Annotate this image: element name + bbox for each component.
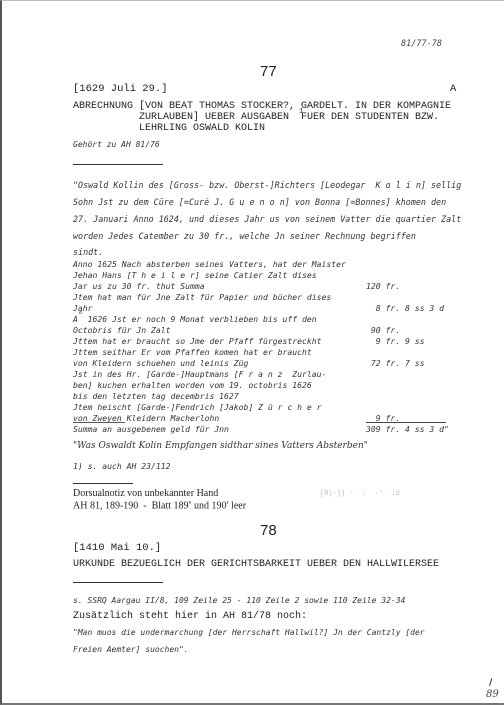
account-line: Jehan Hans [T h e i l e r] seine Catier … [73, 270, 317, 281]
entry-number-78: 78 [260, 522, 277, 539]
footnote-rule [73, 483, 133, 484]
amount: 120 fr. [366, 281, 400, 291]
account-line: Jttem seithar Er vom Pfaffen komen hat e… [73, 347, 312, 358]
belongs-to-note: Gehört zu AH 81/76 [73, 140, 160, 149]
entry-77-title-line-2: ZURLAUBEN] UEBER AUSGABEN FUER DEN STUDE… [73, 112, 439, 124]
account-line: bis den letzten tag decembris 1627 [73, 391, 239, 402]
account-line: Jttem hat er braucht so Jme der Pfaff fü… [73, 336, 322, 347]
received-heading: "Was Oswaldt Kolin Empfangen sidthar sin… [73, 441, 368, 451]
entry-77-date: [1629 Juli 29.] [73, 83, 168, 95]
document-page: 81/77-78 77 [1629 Juli 29.] A ABRECHNUNG… [0, 0, 504, 705]
account-line: Jtem hat man für Jne Zalt für Papier und… [73, 292, 331, 303]
account-line: ben] kuchen erhalten worden vom 19. octo… [73, 380, 312, 391]
account-line: Jtem heischt [Garde-]Fendrich [Jakob] Z … [73, 402, 322, 413]
entry-77-marker: A [450, 83, 456, 95]
entry-78-date: [1410 Mai 10.] [73, 542, 161, 554]
amount: 72 fr. 7 ss [366, 358, 424, 368]
account-line: Anno 1625 Nach absterben seines Vatters,… [73, 259, 346, 270]
entry-78-title: URKUNDE BEZUEGLICH DER GERICHTSBARKEIT U… [73, 559, 439, 571]
separator-rule [73, 164, 163, 165]
quote-line: Sohn Jst zu dem Cüre [=Curé J. G u e n o… [73, 194, 446, 211]
account-line: Jst in des Hr. [Garde-]Hauptmans [F r a … [73, 369, 326, 380]
account-line: von Kleidern schuehen und leinis Züg [73, 358, 248, 369]
entry-77-title-line-1: ABRECHNUNG [VON BEAT THOMAS STOCKER?, GA… [73, 101, 451, 113]
entry-number-77: 77 [260, 63, 277, 80]
separator-rule [73, 582, 163, 583]
page-number: 89 [486, 689, 499, 700]
archive-reference: 81/77-78 [401, 39, 442, 49]
footnote: 1) s. auch AH 23/112 [73, 461, 170, 471]
quote-line: "Oswald Kollin des [Gross- bzw. Oberst-]… [73, 177, 461, 194]
amount: 90 fr. [366, 325, 400, 335]
footnote-marker: 1 [299, 108, 303, 116]
account-line: Jahr [73, 303, 93, 314]
dorsal-note-faint-text: [R)-]) - : ·' ·:d [320, 490, 400, 498]
dorsal-note-line-2: AH 81, 189-190 - Blatt 189v und 190r lee… [73, 500, 246, 511]
account-line: Octobris für Jn Zalt [73, 325, 170, 336]
source-reference: s. SSRQ Aargau II/8, 109 Zeile 25 - 110 … [73, 596, 405, 605]
account-line: A 1626 Jst er noch 9 Monat verblieben bi… [73, 314, 317, 325]
additional-quote-line: "Man muos die undermarchung [der Herrsch… [73, 628, 425, 637]
entry-77-title-line-3: LEHRLING OSWALD KOLIN [73, 123, 265, 135]
quote-line: 27. Januari Anno 1624, und dieses Jahr u… [73, 211, 461, 228]
amount: 9 fr. 9 ss [366, 336, 424, 346]
amount: 8 fr. 8 ss 3 d [366, 303, 444, 313]
amount-total: 309 fr. 4 ss 3 d" [366, 424, 449, 434]
account-line: Jar us zu 30 fr. thut Summa [73, 281, 205, 292]
additional-quote-line: Freien Aemter] suochen". [73, 645, 189, 654]
additional-intro: Zusätzlich steht hier in AH 81/78 noch: [73, 611, 307, 622]
dorsal-note-line-1: Dorsualnotiz von unbekannter Hand [73, 488, 218, 499]
superscript-o: o [79, 310, 82, 316]
underline-von-zweyen [73, 422, 125, 423]
sum-rule [366, 422, 446, 423]
page-tick-mark: / [489, 678, 492, 688]
quote-line: worden Jedes Catember zu 30 fr., welche … [73, 228, 416, 245]
account-line: Summa an ausgebenem geld für Jnn [73, 424, 229, 435]
